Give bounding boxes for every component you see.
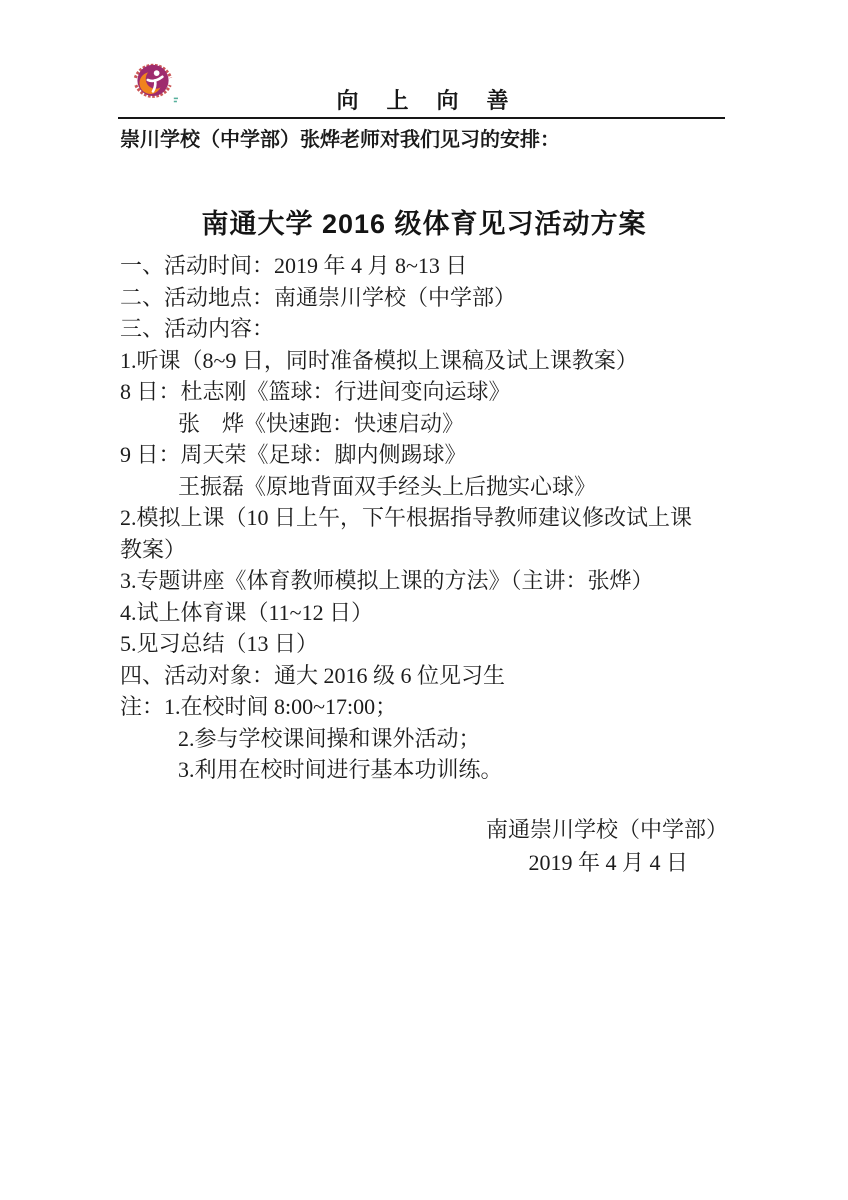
body-line: 张 烨《快速跑：快速启动》 <box>120 408 728 440</box>
motto-heading: 向 上 向 善 <box>0 86 848 116</box>
header-rule <box>118 117 725 119</box>
body-line: 2.参与学校课间操和课外活动； <box>120 723 728 755</box>
body-line: 教案） <box>120 534 728 566</box>
body-line: 5.见习总结（13 日） <box>120 628 728 660</box>
body-lines: 一、活动时间：2019 年 4 月 8~13 日二、活动地点：南通崇川学校（中学… <box>120 250 728 786</box>
body-line: 一、活动时间：2019 年 4 月 8~13 日 <box>120 250 728 282</box>
closing-date: 2019 年 4 月 4 日 <box>120 846 728 879</box>
document-page: 向 上 向 善 崇川学校（中学部）张烨老师对我们见习的安排： 南通大学 2016… <box>0 0 848 1200</box>
body-line: 2.模拟上课（10 日上午，下午根据指导教师建议修改试上课 <box>120 502 728 534</box>
body-line: 三、活动内容： <box>120 313 728 345</box>
body-line: 3.专题讲座《体育教师模拟上课的方法》（主讲：张烨） <box>120 565 728 597</box>
body-line: 四、活动对象：通大 2016 级 6 位见习生 <box>120 660 728 692</box>
body-line: 注：1.在校时间 8:00~17:00； <box>120 691 728 723</box>
body-line: 1.听课（8~9 日，同时准备模拟上课稿及试上课教案） <box>120 345 728 377</box>
intro-line: 崇川学校（中学部）张烨老师对我们见习的安排： <box>120 126 560 154</box>
body-line: 9 日：周天荣《足球：脚内侧踢球》 <box>120 439 728 471</box>
body-line: 3.利用在校时间进行基本功训练。 <box>120 754 728 786</box>
body-line: 二、活动地点：南通崇川学校（中学部） <box>120 282 728 314</box>
body-line: 8 日：杜志刚《篮球：行进间变向运球》 <box>120 376 728 408</box>
document-content: 南通大学 2016 级体育见习活动方案 一、活动时间：2019 年 4 月 8~… <box>120 204 728 879</box>
closing-school: 南通崇川学校（中学部） <box>120 813 728 846</box>
body-line: 4.试上体育课（11~12 日） <box>120 597 728 629</box>
closing-block: 南通崇川学校（中学部） 2019 年 4 月 4 日 <box>120 813 728 879</box>
body-line: 王振磊《原地背面双手经头上后抛实心球》 <box>120 471 728 503</box>
document-title: 南通大学 2016 级体育见习活动方案 <box>120 204 728 244</box>
